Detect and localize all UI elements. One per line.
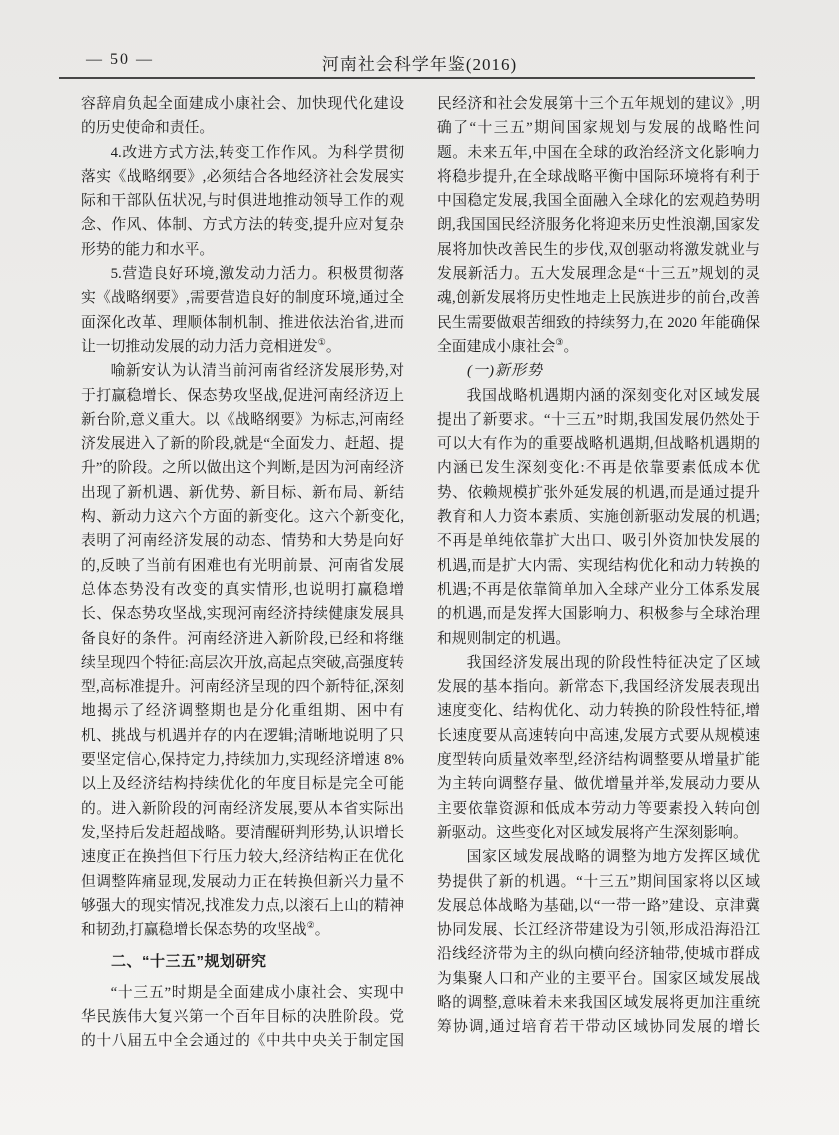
- paragraph-text: 5.营造良好环境,激发动力活力。积极贯彻落实《战略纲要》,需要营造良好的制度环境…: [81, 266, 404, 355]
- section-heading: 二、“十三五”规划研究: [81, 950, 404, 974]
- paragraph: 喻新安认为认清当前河南省经济发展形势,对于打赢稳增长、保态势攻坚战,促进河南经济…: [81, 359, 404, 942]
- journal-title: 河南社会科学年鉴(2016): [0, 50, 839, 75]
- paragraph: 容辞肩负起全面建成小康社会、加快现代化建设的历史使命和责任。: [81, 92, 404, 141]
- paragraph-text: 。: [563, 339, 578, 355]
- paragraph-text: 。: [326, 339, 341, 355]
- yearbook-page: — 50 — 河南社会科学年鉴(2016) 容辞肩负起全面建成小康社会、加快现代…: [0, 0, 839, 1135]
- header-rule: [59, 77, 755, 79]
- paragraph: 我国经济发展出现的阶段性特征决定了区域发展的基本指向。新常态下,我国经济发展表现…: [437, 651, 760, 845]
- subsection-heading: (一)新形势: [437, 359, 760, 383]
- page-body: 容辞肩负起全面建成小康社会、加快现代化建设的历史使命和责任。 4.改进方式方法,…: [81, 92, 760, 1054]
- paragraph: 4.改进方式方法,转变工作作风。为科学贯彻落实《战略纲要》,必须结合各地经济社会…: [81, 141, 404, 262]
- paragraph: 民经济和社会发展第十三个五年规划的建议》,明确了“十三五”期间国家规划与发展的战…: [437, 92, 760, 359]
- left-column: 容辞肩负起全面建成小康社会、加快现代化建设的历史使命和责任。 4.改进方式方法,…: [81, 92, 404, 1054]
- paragraph: 国家区域发展战略的调整为地方发挥区域优势提供了新的机遇。“十三五”期间国家将以区…: [437, 845, 760, 1039]
- footnote-mark: ①: [318, 337, 326, 347]
- footnote-mark: ②: [307, 920, 315, 930]
- paragraph: 5.营造良好环境,激发动力活力。积极贯彻落实《战略纲要》,需要营造良好的制度环境…: [81, 262, 404, 359]
- paragraph-text: 喻新安认为认清当前河南省经济发展形势,对于打赢稳增长、保态势攻坚战,促进河南经济…: [81, 363, 404, 938]
- right-column: 民经济和社会发展第十三个五年规划的建议》,明确了“十三五”期间国家规划与发展的战…: [437, 92, 760, 1054]
- paragraph-text: 。: [315, 922, 330, 938]
- paragraph: 我国战略机遇期内涵的深刻变化对区域发展提出了新要求。“十三五”时期,我国发展仍然…: [437, 384, 760, 651]
- paragraph-text: 民经济和社会发展第十三个五年规划的建议》,明确了“十三五”期间国家规划与发展的战…: [437, 96, 760, 355]
- paragraph: “十三五”时期是全面建成小康社会、实现中华民族伟大复兴第一个百年目标的决胜阶段。…: [81, 981, 404, 1054]
